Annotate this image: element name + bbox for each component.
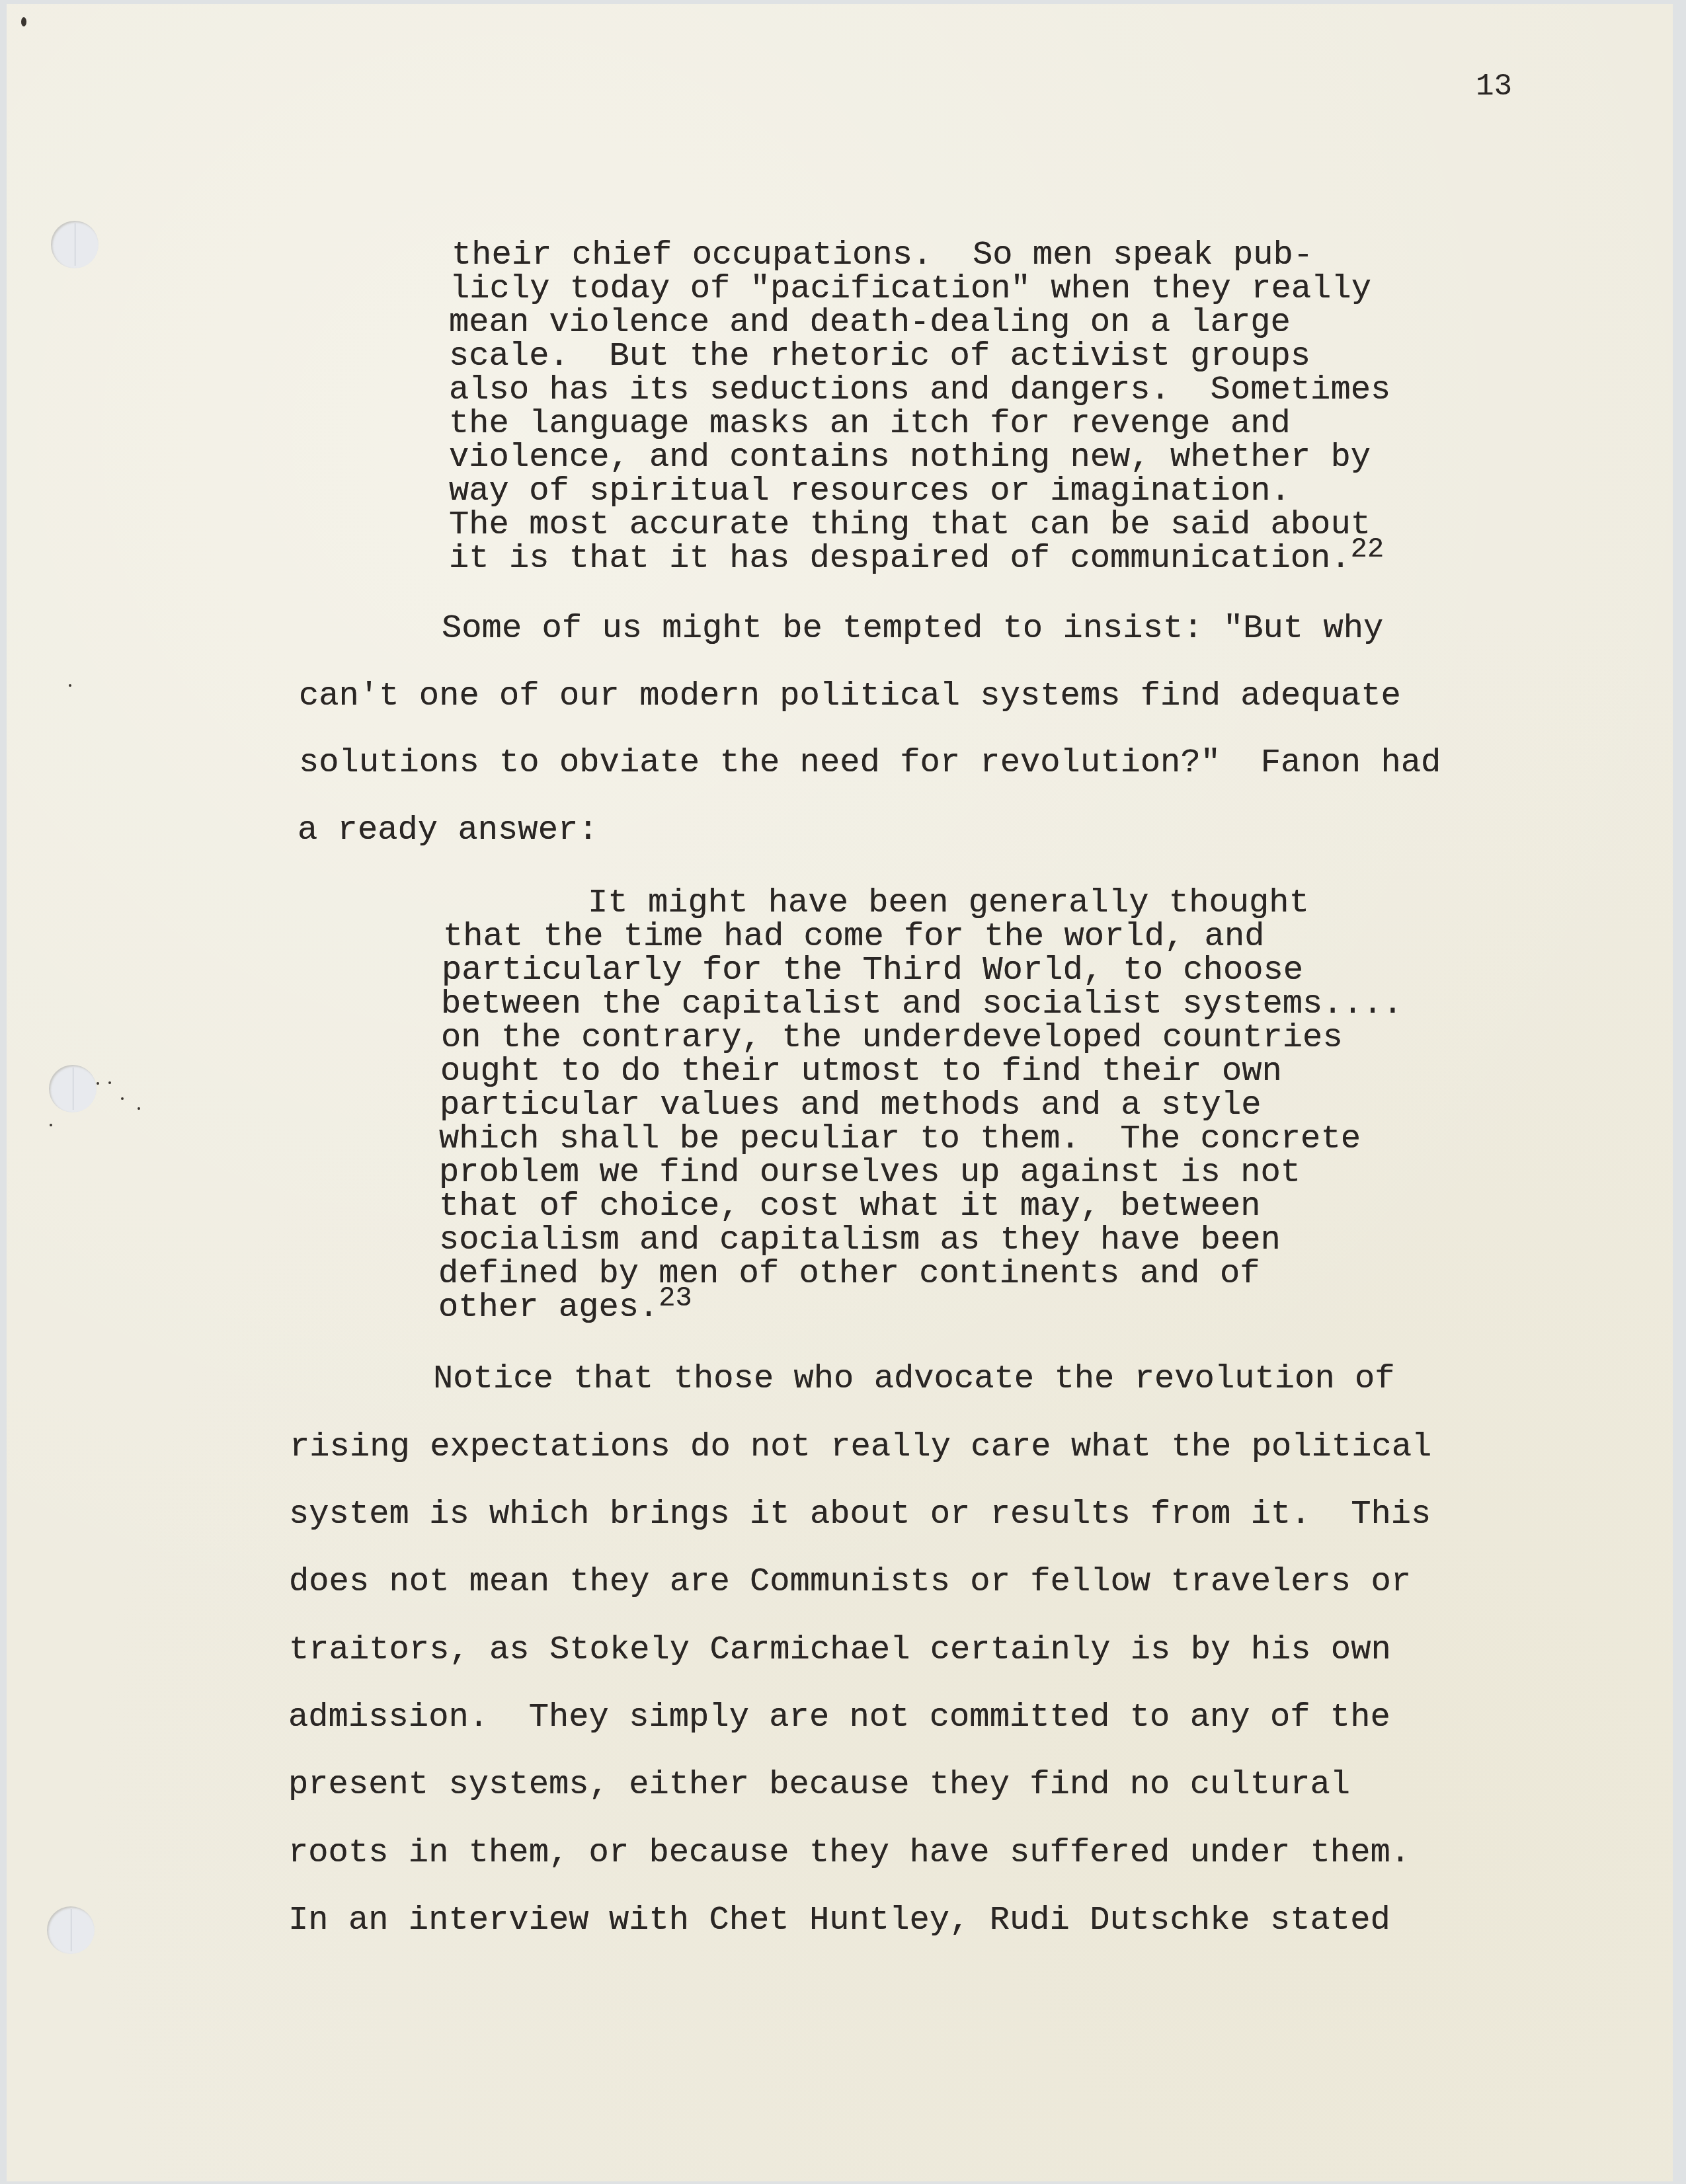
punch-hole-icon [47, 1906, 95, 1954]
body-line: rising expectations do not really care w… [290, 1431, 1431, 1465]
body-line: present systems, either because they fin… [288, 1769, 1350, 1803]
ink-speck [50, 1124, 52, 1126]
footnote-marker: 22 [1351, 533, 1384, 565]
quote-line: way of spiritual resources or imaginatio… [449, 475, 1291, 509]
quote-line: between the capitalist and socialist sys… [441, 988, 1403, 1022]
ink-speck [121, 1097, 124, 1100]
quote-line: it is that it has despaired of communica… [449, 540, 1351, 578]
body-line: In an interview with Chet Huntley, Rudi … [288, 1904, 1390, 1938]
quote-line: that of choice, cost what it may, betwee… [439, 1190, 1261, 1224]
quote-line: particularly for the Third World, to cho… [442, 955, 1303, 988]
quote-line: violence, and contains nothing new, whet… [449, 442, 1371, 475]
punch-hole-icon [49, 1065, 97, 1112]
body-line: does not mean they are Communists or fel… [289, 1566, 1411, 1600]
ink-speck [69, 684, 71, 687]
body-line: solutions to obviate the need for revolu… [299, 747, 1441, 781]
quote-line: that the time had come for the world, an… [443, 921, 1265, 955]
quote-line: which shall be peculiar to them. The con… [439, 1123, 1361, 1157]
ink-speck [97, 1082, 99, 1085]
quote-line: particular values and methods and a styl… [440, 1089, 1262, 1123]
quote-line: socialism and capitalism as they have be… [439, 1224, 1281, 1258]
body-line: traitors, as Stokely Carmichael certainl… [289, 1634, 1391, 1668]
punch-hole-icon [51, 221, 99, 268]
body-line: Notice that those who advocate the revol… [433, 1363, 1395, 1397]
quote-line: The most accurate thing that can be said… [449, 509, 1371, 543]
quote-line: scale. But the rhetoric of activist grou… [449, 340, 1310, 374]
quote-line-with-footnote: other ages.23 [438, 1292, 692, 1325]
body-line: roots in them, or because they have suff… [288, 1837, 1410, 1871]
quote-line: mean violence and death-dealing on a lar… [449, 307, 1291, 340]
body-line: admission. They simply are not committed… [288, 1701, 1390, 1735]
ink-speck [21, 17, 26, 26]
quote-line-with-footnote: it is that it has despaired of communica… [449, 543, 1384, 576]
quote-line: their chief occupations. So men speak pu… [452, 239, 1313, 273]
footnote-marker: 23 [659, 1282, 692, 1314]
quote-line: on the contrary, the underdeveloped coun… [441, 1022, 1343, 1056]
quote-line: problem we find ourselves up against is … [439, 1157, 1301, 1190]
body-line: Some of us might be tempted to insist: "… [442, 613, 1383, 646]
quote-line: the language masks an itch for revenge a… [449, 408, 1291, 442]
body-line: system is which brings it about or resul… [289, 1499, 1431, 1532]
quote-line: ought to do their utmost to find their o… [440, 1056, 1282, 1089]
ink-speck [138, 1107, 140, 1110]
quote-line: It might have been generally thought [588, 887, 1309, 921]
quote-line: other ages. [438, 1289, 659, 1327]
quote-line: licly today of "pacification" when they … [450, 273, 1371, 307]
quote-line: also has its seductions and dangers. Som… [449, 374, 1390, 408]
ink-speck [108, 1081, 111, 1084]
quote-line: defined by men of other continents and o… [438, 1258, 1260, 1292]
body-line: can't one of our modern political system… [299, 680, 1401, 714]
page-number: 13 [1476, 71, 1512, 102]
body-line: a ready answer: [298, 814, 598, 848]
